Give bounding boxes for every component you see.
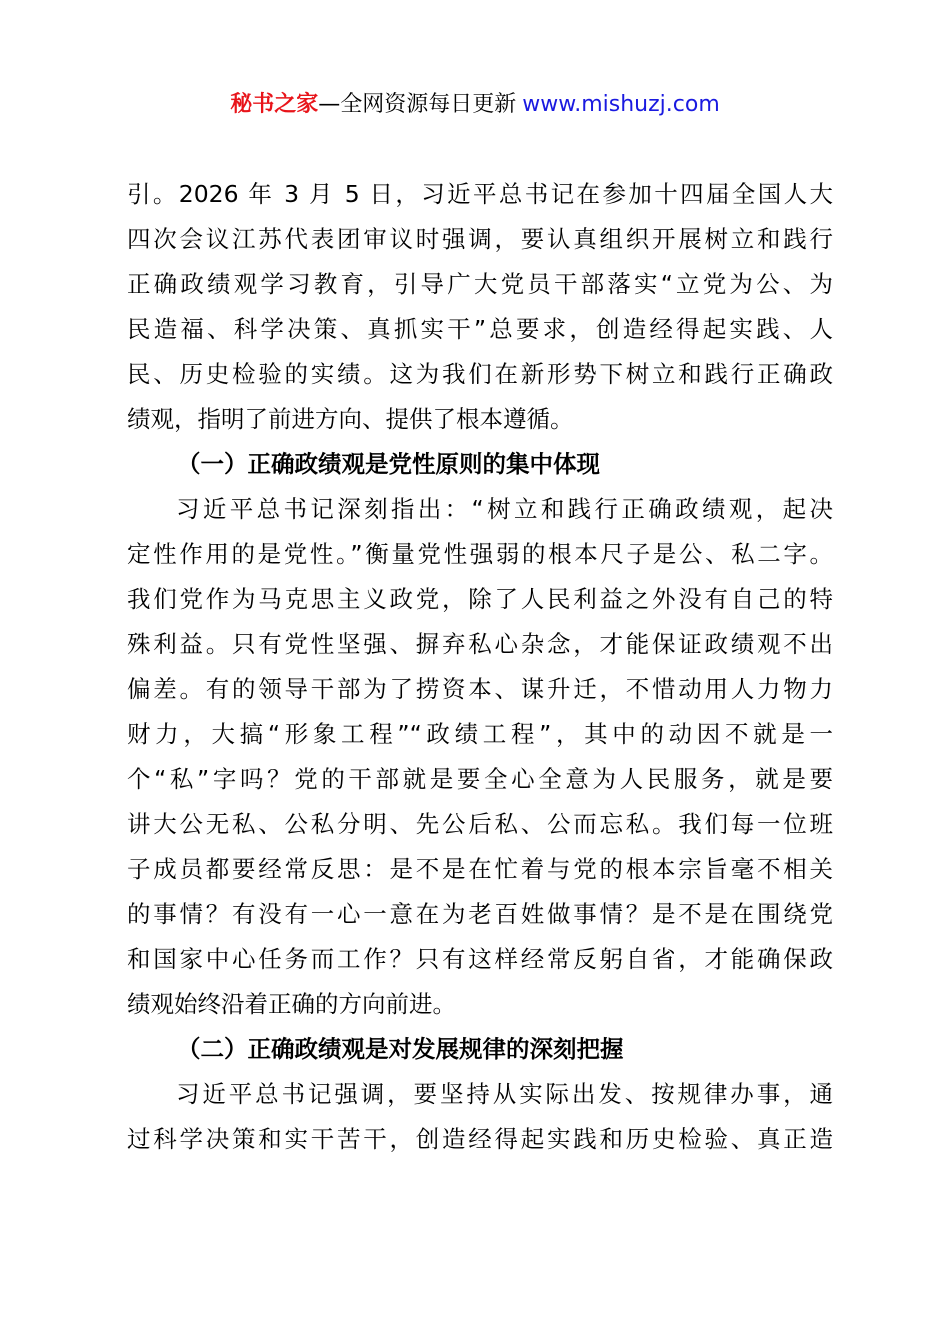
text-line: 和国家中心任务而工作？只有这样经常反躬自省，才能确保政 — [127, 937, 833, 982]
text-line: 绩观，指明了前进方向、提供了根本遵循。 — [127, 397, 833, 442]
intro-paragraph: 引。2026 年 3 月 5 日，习近平总书记在参加十四届全国人大 四次会议江苏… — [127, 172, 833, 442]
text-line: 民、历史检验的实绩。这为我们在新形势下树立和践行正确政 — [127, 352, 833, 397]
text-line: 偏差。有的领导干部为了捞资本、谋升迁，不惜动用人力物力 — [127, 667, 833, 712]
header-tagline: —全网资源每日更新 — [318, 92, 516, 117]
text-line: 殊利益。只有党性坚强、摒弃私心杂念，才能保证政绩观不出 — [127, 622, 833, 667]
text-line: 财力，大搞“形象工程”“政绩工程”，其中的动因不就是一 — [127, 712, 833, 757]
text-line: 引。2026 年 3 月 5 日，习近平总书记在参加十四届全国人大 — [127, 172, 833, 217]
text-line: 绩观始终沿着正确的方向前进。 — [127, 982, 833, 1027]
text-line: 讲大公无私、公私分明、先公后私、公而忘私。我们每一位班 — [127, 802, 833, 847]
text-line: 的事情？有没有一心一意在为老百姓做事情？是不是在围绕党 — [127, 892, 833, 937]
page-header: 秘书之家—全网资源每日更新www.mishuzj.com — [0, 88, 950, 122]
text-line: 过科学决策和实干苦干，创造经得起实践和历史检验、真正造 — [127, 1117, 833, 1162]
text-line: 四次会议江苏代表团审议时强调，要认真组织开展树立和践行 — [127, 217, 833, 262]
section-2-paragraph: 习近平总书记强调，要坚持从实际出发、按规律办事，通 过科学决策和实干苦干，创造经… — [127, 1072, 833, 1162]
section-heading-2: （二）正确政绩观是对发展规律的深刻把握 — [127, 1027, 833, 1072]
website-link[interactable]: www.mishuzj.com — [522, 92, 719, 117]
text-line: 个“私”字吗？党的干部就是要全心全意为人民服务，就是要 — [127, 757, 833, 802]
section-heading-1: （一）正确政绩观是党性原则的集中体现 — [127, 442, 833, 487]
text-line: 民造福、科学决策、真抓实干”总要求，创造经得起实践、人 — [127, 307, 833, 352]
text-line: 习近平总书记强调，要坚持从实际出发、按规律办事，通 — [127, 1072, 833, 1117]
text-line: 我们党作为马克思主义政党，除了人民利益之外没有自己的特 — [127, 577, 833, 622]
text-line: 子成员都要经常反思：是不是在忙着与党的根本宗旨毫不相关 — [127, 847, 833, 892]
text-line: 定性作用的是党性。”衡量党性强弱的根本尺子是公、私二字。 — [127, 532, 833, 577]
document-body: 引。2026 年 3 月 5 日，习近平总书记在参加十四届全国人大 四次会议江苏… — [127, 172, 833, 1162]
section-1-paragraph: 习近平总书记深刻指出：“树立和践行正确政绩观，起决 定性作用的是党性。”衡量党性… — [127, 487, 833, 1027]
text-line: 正确政绩观学习教育，引导广大党员干部落实“立党为公、为 — [127, 262, 833, 307]
brand-name: 秘书之家 — [230, 92, 318, 117]
text-line: 习近平总书记深刻指出：“树立和践行正确政绩观，起决 — [127, 487, 833, 532]
